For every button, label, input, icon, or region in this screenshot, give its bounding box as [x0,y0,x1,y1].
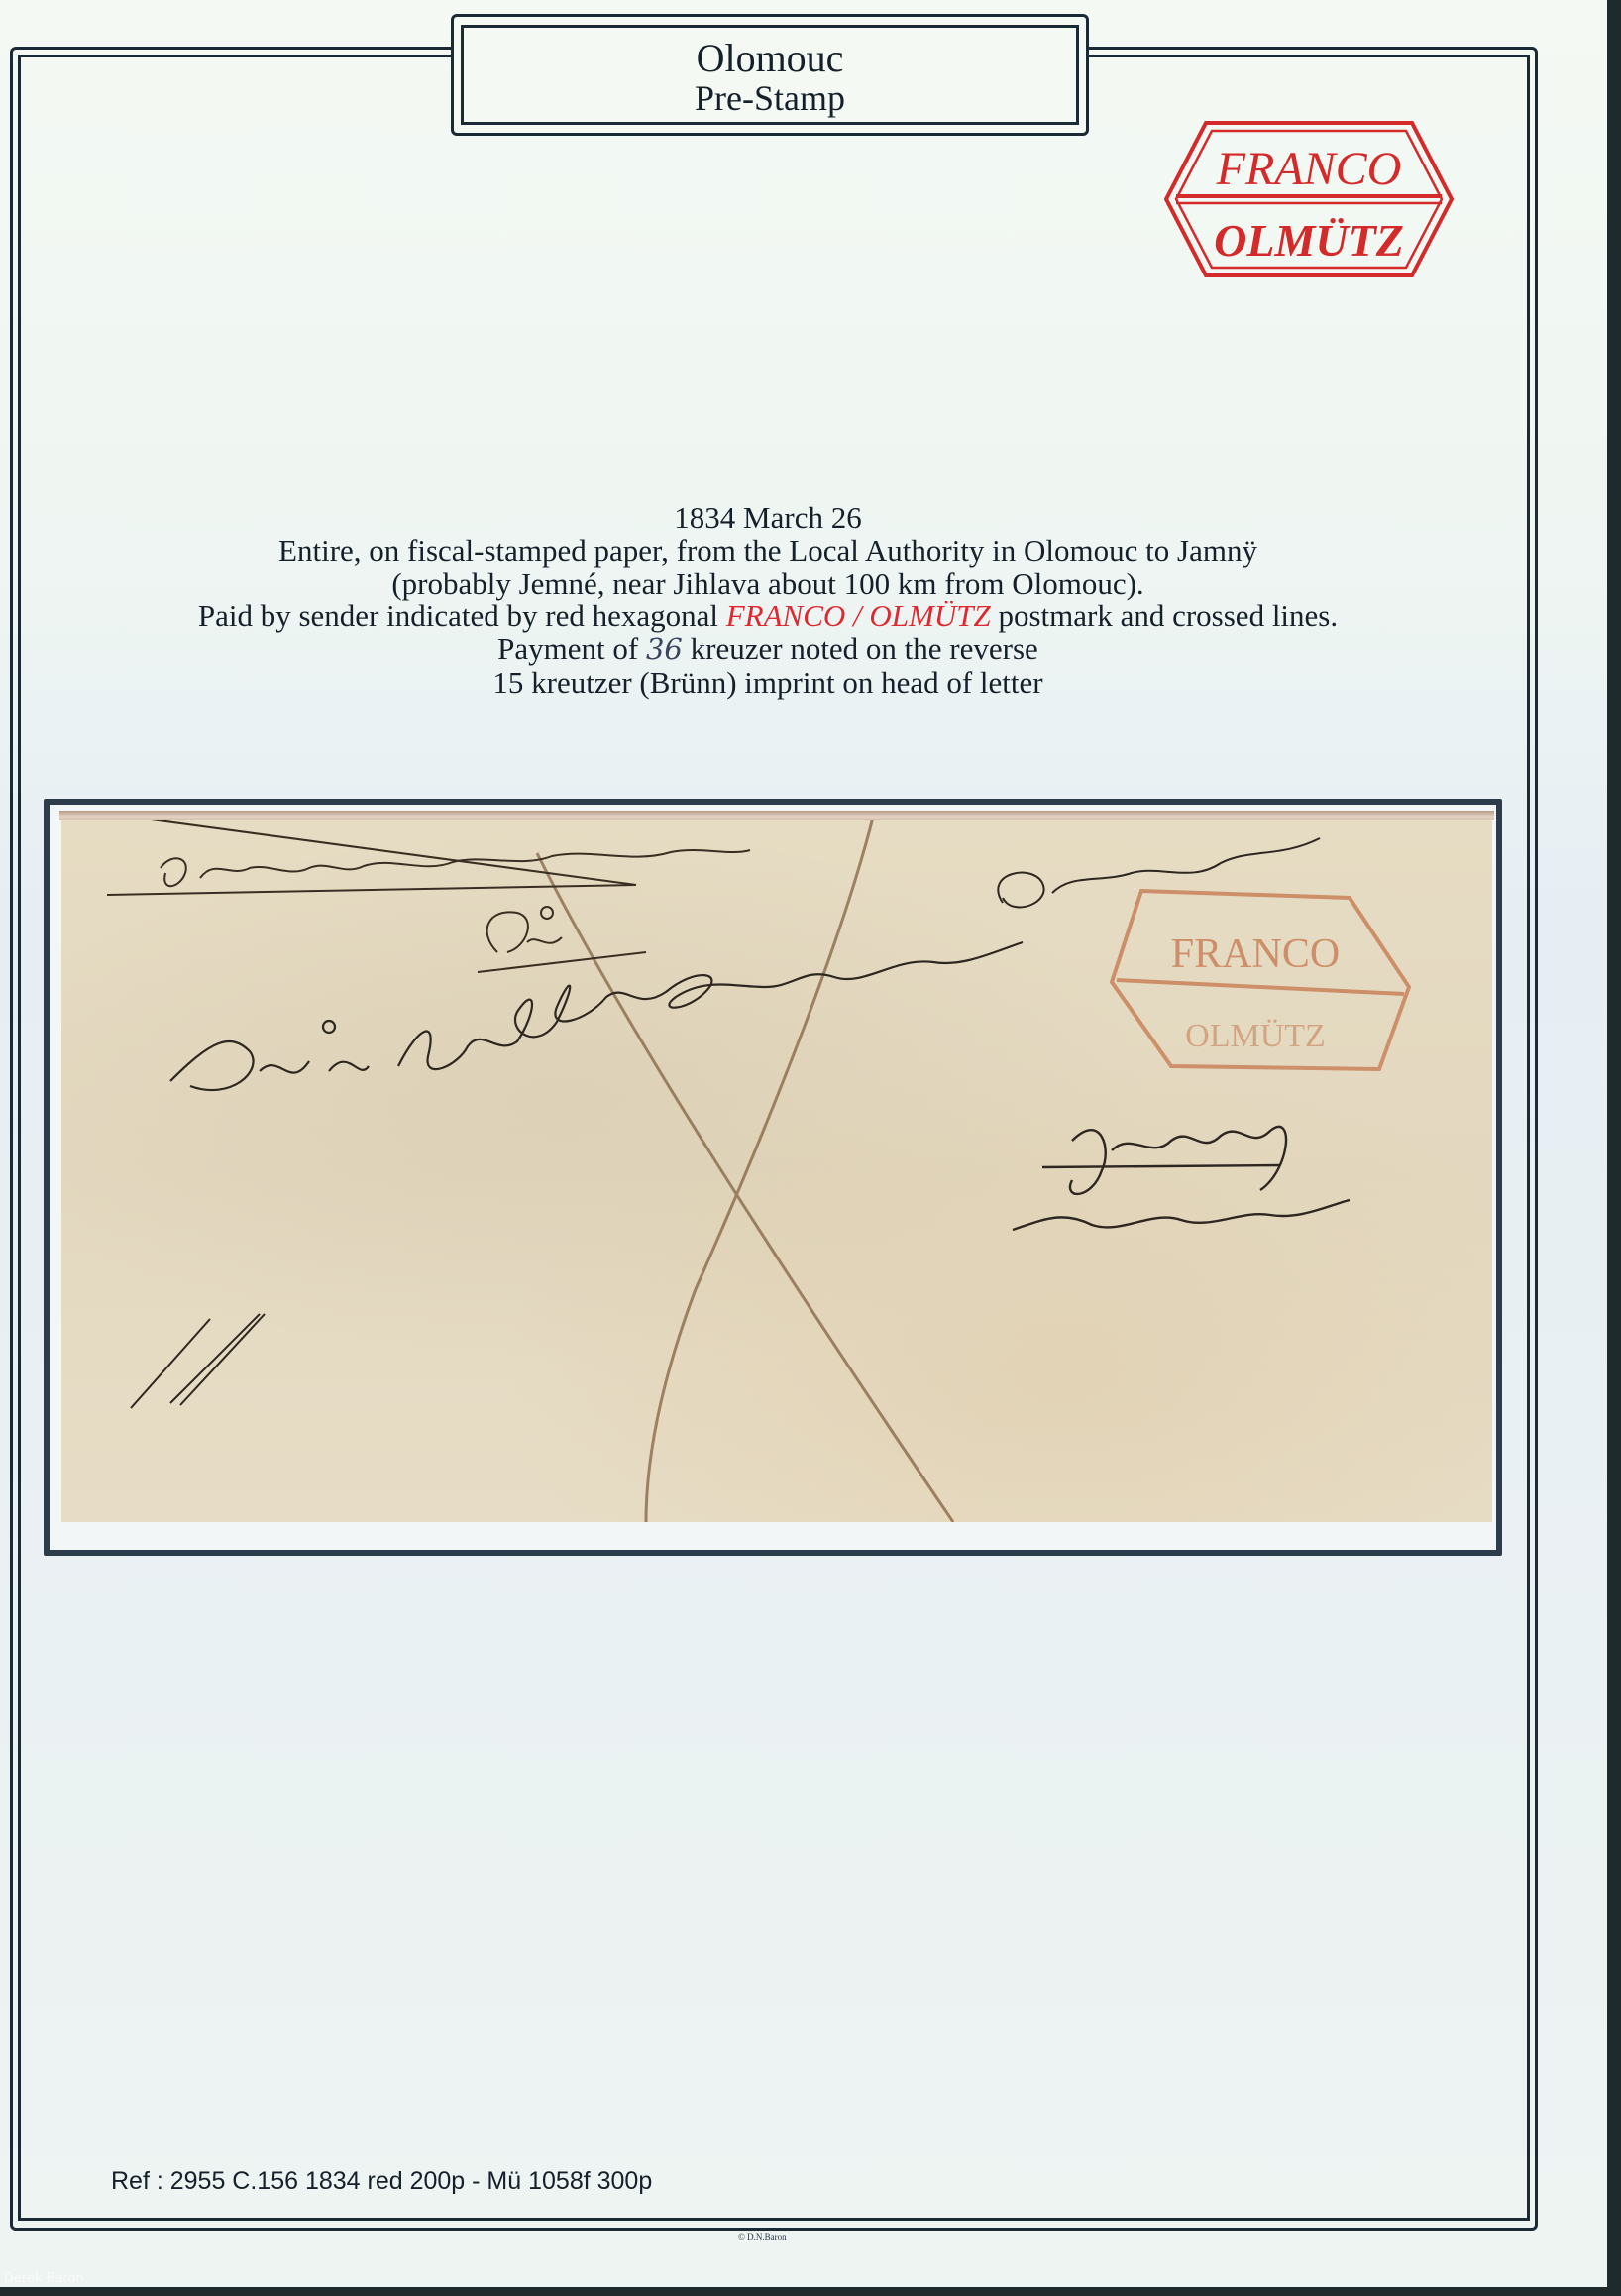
description-line-4: Payment of 36 kreuzer noted on the rever… [30,632,1506,666]
postmark-line1: FRANCO [1216,143,1402,195]
postmark-name-highlight: FRANCO / OLMÜTZ [726,599,991,633]
title-box: Olomouc Pre-Stamp [451,14,1089,136]
postmark-line2: OLMÜTZ [1214,215,1404,266]
description-line-5: 15 kreutzer (Brünn) imprint on head of l… [30,666,1506,699]
description-line-1: Entire, on fiscal-stamped paper, from th… [30,534,1506,567]
description-line-2: (probably Jemné, near Jihlava about 100 … [30,567,1506,600]
payment-amount: 36 [646,632,683,666]
cover-description: 1834 March 26 Entire, on fiscal-stamped … [30,501,1506,699]
copyright-notice: © D.N.Baron [738,2232,787,2241]
cover-postmark-line1: FRANCO [1171,931,1340,977]
watermark-text: Derek Baron [4,2271,84,2286]
postal-cover-image: FRANCO OLMÜTZ [61,814,1492,1522]
catalogue-reference: Ref : 2955 C.156 1834 red 200p - Mü 1058… [111,2167,652,2196]
letter-edge [59,811,1494,820]
page-subtitle: Pre-Stamp [464,79,1076,117]
cover-postmark-line2: OLMÜTZ [1185,1018,1326,1054]
description-date: 1834 March 26 [30,501,1506,534]
page-title: Olomouc [464,38,1076,79]
description-line-3: Paid by sender indicated by red hexagona… [30,600,1506,632]
album-page: Olomouc Pre-Stamp FRANCO OLMÜTZ 1834 Mar… [0,0,1607,2287]
franco-olmutz-postmark-illustration: FRANCO OLMÜTZ [1164,117,1454,281]
